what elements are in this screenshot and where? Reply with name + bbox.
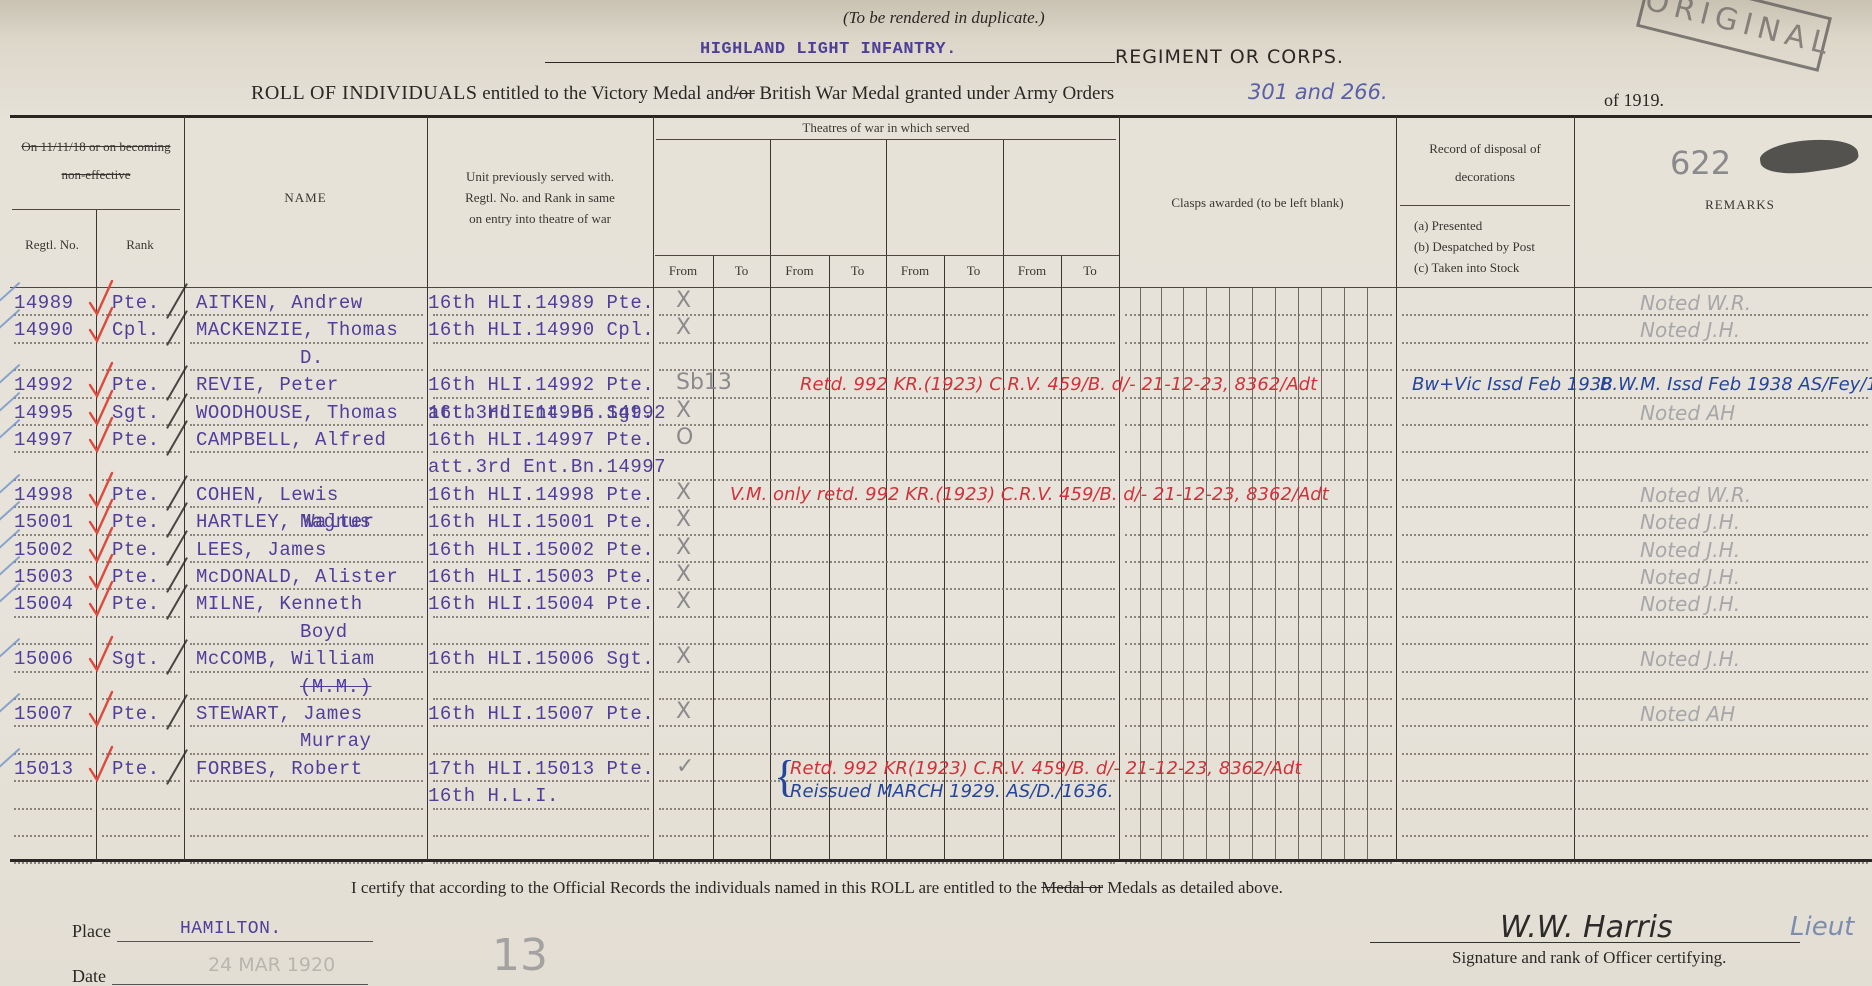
remarks-ink: B.W.M. Issd Feb 1938 AS/Fey/1989 [1600,373,1872,397]
dotted-rule [102,808,180,810]
theatre-from-mark: ✓ [676,755,694,779]
soldier-name: STEWART, James [196,702,363,726]
rank: Pte. [112,757,160,781]
regtl-no: 15001 [14,510,74,534]
previous-unit: 16th HLI.15001 Pte. [428,510,654,534]
dotted-rule [102,862,180,864]
dotted-rule [1125,725,1392,727]
rank: Pte. [112,702,160,726]
rank: Sgt. [112,401,160,425]
theatre-from-mark: X [676,316,691,340]
red-check-icon [88,690,114,728]
regtl-no: 15004 [14,592,74,616]
dotted-rule [659,588,1115,590]
dotted-rule [659,835,1115,837]
dotted-rule [659,479,1115,481]
regiment-value: HIGHLAND LIGHT INFANTRY. [700,40,957,59]
dotted-rule [1402,451,1868,453]
dotted-rule [1125,588,1392,590]
rank: Cpl. [112,318,160,342]
dotted-rule [1125,479,1392,481]
previous-unit-continued: att.3rd Ent.Bn.14997 [428,455,666,479]
dotted-rule [659,424,1115,426]
folio-number: 622 [1670,144,1731,182]
dotted-rule [659,725,1115,727]
regiment-label: REGIMENT OR CORPS. [1115,46,1344,68]
rank: Pte. [112,483,160,507]
clasps-header: Clasps awarded (to be left blank) [1119,190,1396,216]
rank: Pte. [112,510,160,534]
clasp-col-line [1321,288,1322,860]
unit-header: Unit previously served with. Regtl. No. … [427,166,653,229]
dotted-rule [1402,808,1868,810]
rank: Pte. [112,538,160,562]
certify-text-a: I certify that according to the Official… [351,878,1037,897]
disposal-option-b: (b) Despatched by Post [1414,236,1535,257]
struck-header-line2: non-effective [8,162,184,188]
dotted-rule [659,753,1115,755]
ink-blot [1758,133,1859,178]
theatre-from-mark: X [676,563,691,587]
clasp-col-line [1344,288,1345,860]
header-bottom-border [10,287,1872,288]
officer-rank: Lieut [1790,912,1854,942]
remarks-pencil: Noted J.H. [1640,538,1740,562]
dotted-rule [14,643,92,645]
dotted-rule [659,561,1115,563]
brace-icon: { [774,752,795,802]
dotted-rule [1402,534,1868,536]
dotted-rule [1402,725,1868,727]
dotted-rule [1402,342,1868,344]
soldier-name: LEES, James [196,538,327,562]
dotted-rule [1125,808,1392,810]
dotted-rule [433,369,649,371]
dotted-rule [14,862,92,864]
soldier-name: CAMPBELL, Alfred [196,428,386,452]
rank: Pte. [112,373,160,397]
regtl-no: 14989 [14,291,74,315]
dotted-rule [659,671,1115,673]
previous-unit: 17th HLI.15013 Pte. [428,757,654,781]
dotted-rule [659,808,1115,810]
unit-header-line1: Unit previously served with. [427,166,653,187]
regtl-no: 14995 [14,401,74,425]
date-label: Date [72,966,106,986]
soldier-name: MACKENZIE, Thomas [196,318,398,342]
regtl-no: 14997 [14,428,74,452]
dotted-rule [1402,698,1868,700]
dotted-rule [1125,698,1392,700]
dotted-rule [659,342,1115,344]
dotted-rule [102,835,180,837]
dotted-rule [1125,369,1392,371]
dotted-rule [659,314,1115,316]
from-header-1: From [653,258,713,284]
remarks-pencil: Noted J.H. [1640,592,1740,616]
remarks-pencil: Noted AH [1640,401,1735,425]
red-ink-annotation: Retd. 992 KR.(1923) C.R.V. 459/B. d/- 21… [800,373,1317,397]
dotted-rule [14,835,92,837]
dotted-rule [1402,671,1868,673]
unit-header-line2: Regtl. No. and Rank in same [427,187,653,208]
unit-header-line3: on entry into theatre of war [427,208,653,229]
rank-header: Rank [96,232,184,258]
remarks-pencil: Noted J.H. [1640,647,1740,671]
red-check-icon [88,745,114,783]
dotted-rule [1125,671,1392,673]
theatre-from-mark: X [676,590,691,614]
dotted-rule [659,698,1115,700]
dotted-rule [1402,314,1868,316]
clasp-col-line [1367,288,1368,860]
red-ink-annotation: Retd. 992 KR(1923) C.R.V. 459/B. d/- 21-… [790,757,1301,781]
dotted-rule [1402,479,1868,481]
dotted-rule [1402,835,1868,837]
dotted-rule [1125,342,1392,344]
previous-unit: 16th HLI.15007 Pte. [428,702,654,726]
certify-text-struck: Medal or [1041,878,1103,897]
blue-ink-annotation: Bw+Vic Issd Feb 1938 [1412,373,1613,397]
certify-text-b: Medals as detailed above. [1107,878,1283,897]
remarks-pencil: Noted J.H. [1640,318,1740,342]
soldier-name: AITKEN, Andrew [196,291,363,315]
soldier-name: HARTLEY, Walter [196,510,375,534]
previous-unit: 16th HLI.14992 Pte. [428,373,654,397]
place-label: Place [72,921,111,942]
from-to-divider [655,255,1119,256]
from-header-3: From [886,258,944,284]
remarks-pencil: Noted J.H. [1640,510,1740,534]
soldier-name: FORBES, Robert [196,757,363,781]
previous-unit: 16th HLI.14990 Cpl. [428,318,654,342]
dotted-rule [1402,862,1868,864]
dotted-rule [1125,643,1392,645]
regtl-no: 14992 [14,373,74,397]
regiment-underline [545,62,1115,63]
rank: Pte. [112,291,160,315]
dotted-rule [1125,451,1392,453]
regtl-no: 14990 [14,318,74,342]
remarks-pencil: Noted J.H. [1640,565,1740,589]
regtl-no: 15007 [14,702,74,726]
previous-unit: 16th HLI.15004 Pte. [428,592,654,616]
regtl-no: 14998 [14,483,74,507]
theatres-header: Theatres of war in which served [653,115,1119,141]
signature-label: Signature and rank of Officer certifying… [1452,948,1726,968]
dotted-rule [1402,369,1868,371]
previous-unit: 16th HLI.14997 Pte. [428,428,654,452]
roll-title-mid: entitled to the Victory Medal and [482,83,733,104]
previous-unit: 16th HLI.14998 Pte. [428,483,654,507]
dotted-rule [190,808,423,810]
red-check-icon [88,416,114,454]
regtl-no: 15002 [14,538,74,562]
dotted-rule [433,835,649,837]
dotted-rule [1125,314,1392,316]
disposal-options: (a) Presented (b) Despatched by Post (c)… [1414,215,1535,278]
dotted-rule [1125,862,1392,864]
theatre-from-mark: O [676,426,693,450]
soldier-name: McCOMB, William [196,647,375,671]
dotted-rule [1125,424,1392,426]
soldier-name-continued: Murray [300,729,371,753]
soldier-name: COHEN, Lewis [196,483,339,507]
theatre-from-mark: X [676,481,691,505]
regtl-no: 15013 [14,757,74,781]
dotted-rule [433,862,649,864]
roll-title-suffix: British War Medal granted under Army Ord… [759,83,1114,104]
disposal-option-c: (c) Taken into Stock [1414,257,1535,278]
regtl-no: 15003 [14,565,74,589]
disposal-header-line2: decorations [1396,164,1574,190]
soldier-name: MILNE, Kenneth [196,592,363,616]
dotted-rule [1125,616,1392,618]
previous-unit: 16th HLI.15006 Sgt. [428,647,654,671]
original-stamp: ORIGINAL [1636,0,1832,72]
place-underline [117,941,373,942]
roll-title-prefix: ROLL OF INDIVIDUALS [251,82,478,104]
dotted-rule [1402,753,1868,755]
theatre-from-mark: X [676,536,691,560]
soldier-name: REVIE, Peter [196,373,339,397]
soldier-name-continued: Boyd [300,620,348,644]
rank: Pte. [112,592,160,616]
to-header-2: To [829,258,886,284]
previous-unit-continued: 16th H.L.I. [428,784,559,808]
col-line-name [184,116,185,860]
dotted-rule [1402,616,1868,618]
dotted-rule [190,479,423,481]
theatre-subcol-line [713,255,714,860]
dotted-rule [433,698,649,700]
dotted-rule [1402,561,1868,563]
theatre-from-mark: X [676,289,691,313]
dotted-rule [433,643,649,645]
year-label: of 1919. [1604,90,1664,111]
dotted-rule [1402,643,1868,645]
dotted-rule [1402,424,1868,426]
from-header-4: From [1003,258,1061,284]
to-header-4: To [1061,258,1119,284]
army-orders-value: 301 and 266. [1248,80,1388,104]
dotted-rule [659,616,1115,618]
red-check-icon [88,635,114,673]
dotted-rule [14,808,92,810]
regtl-no-header: Regtl. No. [8,232,96,258]
theatre-from-mark: Sb13 [676,371,732,395]
red-check-icon [88,306,114,344]
dotted-rule [1125,835,1392,837]
remarks-pencil: Noted W.R. [1640,291,1751,315]
date-stamp: 24 MAR 1920 [208,954,335,976]
previous-unit: 16th HLI.14989 Pte. [428,291,654,315]
rank: Pte. [112,428,160,452]
roll-title: ROLL OF INDIVIDUALS entitled to the Vict… [251,82,1114,105]
dotted-rule [1402,780,1868,782]
soldier-name-continued: D. [300,346,324,370]
certification-text: I certify that according to the Official… [351,878,1283,898]
to-header-1: To [713,258,770,284]
struck-header-line1: On 11/11/18 or on becoming [8,134,184,160]
dotted-rule [659,862,1115,864]
from-header-2: From [770,258,829,284]
roll-title-struck: /or [734,83,755,104]
rank: Sgt. [112,647,160,671]
red-ink-annotation: V.M. only retd. 992 KR.(1923) C.R.V. 459… [730,483,1329,507]
rank: Pte. [112,565,160,589]
disposal-header-line1: Record of disposal of [1396,136,1574,162]
dotted-rule [1125,534,1392,536]
dotted-rule [1125,753,1392,755]
previous-unit: 16th HLI.15003 Pte. [428,565,654,589]
dotted-rule [433,753,649,755]
dotted-rule [659,643,1115,645]
duplicate-note: (To be rendered in duplicate.) [843,8,1045,28]
struck-header-divider [12,209,180,210]
to-header-3: To [944,258,1003,284]
remarks-header: REMARKS [1680,192,1800,218]
dotted-rule [190,862,423,864]
pencil-note: 13 [492,930,548,981]
dotted-rule [14,753,92,755]
regtl-no: 15006 [14,647,74,671]
col-line-remarks [1574,116,1575,860]
disposal-divider [1400,205,1570,206]
blue-ink-annotation: Reissued MARCH 1929. AS/D./1636. [790,780,1113,804]
soldier-name: McDONALD, Alister [196,565,398,589]
remarks-pencil: Noted AH [1640,702,1735,726]
dotted-rule [659,534,1115,536]
theatre-from-mark: X [676,508,691,532]
dotted-rule [659,451,1115,453]
theatre-from-mark: X [676,399,691,423]
theatre-from-mark: X [676,645,691,669]
previous-unit: 16th HLI.15002 Pte. [428,538,654,562]
dotted-rule [1402,506,1868,508]
theatre-from-mark: X [676,700,691,724]
dotted-rule [190,835,423,837]
officer-signature: W.W. Harris [1500,910,1673,945]
soldier-name: WOODHOUSE, Thomas [196,401,398,425]
dotted-rule [14,698,92,700]
dotted-rule [1125,561,1392,563]
soldier-name-continued: (M.M.) [300,675,371,699]
dotted-rule [14,479,92,481]
name-header: NAME [184,185,427,211]
place-value: HAMILTON. [180,919,282,939]
remarks-pencil: Noted W.R. [1640,483,1751,507]
dotted-rule [14,369,92,371]
disposal-option-a: (a) Presented [1414,215,1535,236]
previous-unit: 16th HLI.14995 Sgt. [428,401,654,425]
col-line-disposal [1396,116,1397,860]
red-check-icon [88,580,114,618]
dotted-rule [1402,588,1868,590]
date-underline [112,984,368,985]
